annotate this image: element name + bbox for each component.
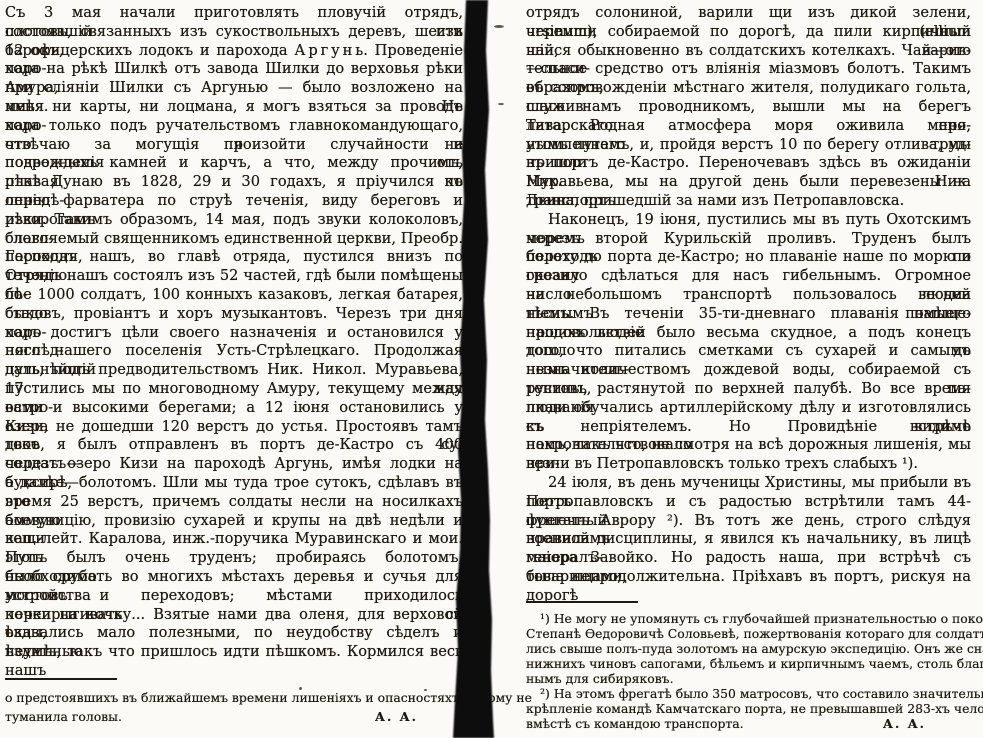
text-line: шаго намъ проводникомъ, вышли мы на бере… bbox=[526, 98, 971, 117]
ink-speck bbox=[498, 103, 504, 105]
text-line: была непродолжительна. Пріѣхавъ въ портъ… bbox=[526, 568, 971, 587]
text-line: Кизи, не дошедши 120 верстъ до устья. Пр… bbox=[5, 418, 463, 437]
right-page-body-text: отрядъ солониной, варили щи изъ дикой зе… bbox=[526, 4, 971, 587]
text-line: имѣя ни карты, ни лоцмана, я могъ взятьс… bbox=[5, 98, 463, 117]
text-line: словляемый священникомъ единственной цер… bbox=[5, 230, 463, 249]
footnote-line: о предстоявшихъ въ ближайшемъ времени ли… bbox=[5, 688, 463, 707]
text-line: ходъ достигъ цѣли своего назначенія и ос… bbox=[5, 324, 463, 343]
footnote-line: ²) На этомъ фрегатѣ было 350 матросовъ, … bbox=[526, 686, 971, 701]
text-line: ленію фарватера по струѣ теченія, виду б… bbox=[5, 192, 463, 211]
footnote-line: крѣпленіе командѣ Камчатскаго порта, не … bbox=[526, 701, 971, 716]
text-line: было срубать во многихъ мѣстахъ деревья … bbox=[5, 568, 463, 587]
text-line: Двина, пришедшій за нами изъ Петропавлов… bbox=[526, 192, 971, 211]
right-page-footnotes: ¹) Не могу не упомянуть съ глубочайшей п… bbox=[526, 611, 971, 732]
text-line: плотовъ, связанныхъ изъ сукоствольныхъ д… bbox=[5, 23, 463, 42]
text-line: путь, подъ предводительствомъ Ник. Никол… bbox=[5, 361, 463, 380]
text-line: оказались мало полезными, по неудобству … bbox=[5, 624, 463, 643]
text-line: аммуницію, провизію сухарей и крупы на д… bbox=[5, 512, 463, 531]
text-line: отвѣчаю за могущія произойти случайности… bbox=[5, 136, 463, 155]
text-line: кочки на кочку... Взятые нами два оленя,… bbox=[5, 606, 463, 625]
text-line: грозило сдѣлаться для насъ гибельнымъ. О… bbox=[526, 267, 971, 286]
ink-speck bbox=[424, 689, 427, 691]
text-line: Муравьева, мы на другой день были переве… bbox=[526, 173, 971, 192]
text-line: фрегатъ Аврору ²). Въ тотъ же день, стро… bbox=[526, 512, 971, 531]
text-line: Отрядъ нашъ состоялъ изъ 52 частей, гдѣ … bbox=[5, 267, 463, 286]
footnote-line: ¹) Не могу не упомянуть съ глубочайшей п… bbox=[526, 611, 971, 626]
text-line: везли въ Петропавловскъ только трехъ сла… bbox=[526, 455, 971, 474]
text-line: нымъ путемъ, и, пройдя верстъ 10 по бере… bbox=[526, 136, 971, 155]
text-line: мостовъ и переходовъ; мѣстами приходилос… bbox=[5, 587, 463, 606]
text-line: тельное средство отъ вліянія міазмовъ бо… bbox=[526, 60, 971, 79]
text-line: 12 офицерскихъ лодокъ и парохода А р г у… bbox=[5, 42, 463, 61]
footnote-text: вмѣстѣ съ командою транспорта. bbox=[526, 716, 744, 731]
text-line: вами и высокими берегами; а 12 іюня оста… bbox=[5, 399, 463, 418]
text-line: 24 іюля, въ день мученицы Христины, мы п… bbox=[526, 474, 971, 493]
text-line: люди обучались артиллерійскому дѣлу и из… bbox=[526, 399, 971, 418]
text-line: шійся обыкновенно въ солдатскихъ котелка… bbox=[526, 42, 971, 61]
text-line: маіора Завойко. Но радость наша, при вст… bbox=[526, 549, 971, 568]
text-line: лива. Родная атмосфера моря оживила меня… bbox=[526, 117, 971, 136]
text-line: рѣки. Такимъ образомъ, 14 мая, подъ звук… bbox=[5, 211, 463, 230]
text-line: лѣе 1000 солдатъ, 100 конныхъ казаковъ, … bbox=[5, 286, 463, 305]
footnote-line: нижнихъ чиновъ сапогами, бѣльемъ и кирпи… bbox=[526, 656, 971, 671]
text-line: подводныхъ камней и карчъ, а что, между … bbox=[5, 154, 463, 173]
ink-speck bbox=[812, 334, 815, 336]
text-line: нымъ количествомъ дождевой воды, собирае… bbox=[526, 361, 971, 380]
ink-speck bbox=[299, 687, 302, 690]
footnote-signature: А. А. bbox=[883, 716, 926, 731]
text-line: пароходъ нашъ, во главѣ отряда, пустился… bbox=[5, 248, 463, 267]
text-line: ѣздить, такъ что пришлось идти пѣшкомъ. … bbox=[5, 643, 463, 662]
left-page-footnote: о предстоявшихъ въ ближайшемъ времени ли… bbox=[5, 688, 463, 726]
text-line: Съ 3 мая начали приготовлять пловучій от… bbox=[5, 4, 463, 23]
text-line: ніемъ. Въ теченіи 35-ти-дневнаго плавані… bbox=[526, 305, 971, 324]
book-gutter-shadow bbox=[445, 0, 505, 738]
footnote-line: туманила головы.А. А. bbox=[5, 707, 463, 726]
text-line: ursinum), собираемой по дорогѣ, да пили … bbox=[526, 23, 971, 42]
text-line: а далѣе—болотомъ. Шли мы туда трое суток… bbox=[5, 474, 463, 493]
text-line: при сліяніи Шилки съ Аргунью — было возл… bbox=[5, 79, 463, 98]
text-line: военной дисциплины, я явился къ начальни… bbox=[526, 530, 971, 549]
ink-speck bbox=[494, 25, 504, 28]
footnote-line: Степанѣ Ѳедоровичѣ Соловьевѣ, пожертвова… bbox=[526, 626, 971, 641]
text-line: на небольшомъ транспортѣ пользовалось ве… bbox=[526, 286, 971, 305]
footnote-line: вмѣстѣ съ командою транспорта.А. А. bbox=[526, 716, 971, 731]
text-line: того, что питались сметками съ сухарей и… bbox=[526, 342, 971, 361]
text-line: въ сопровожденіи мѣстнаго жителя, полуди… bbox=[526, 79, 971, 98]
footnote-line: лись свыше полъ-пуда золотомъ на амурску… bbox=[526, 641, 971, 656]
text-line: намъ, такъ что, не смотря на всѣ дорожны… bbox=[526, 436, 971, 455]
text-line: хода на рѣкѣ Шилкѣ отъ завода Шилки до в… bbox=[5, 60, 463, 79]
text-line: няго нашего поселенія Усть-Стрѣлецкаго. … bbox=[5, 342, 463, 361]
text-line: токъ, я былъ отправленъ въ портъ де-Каст… bbox=[5, 436, 463, 455]
text-line: въ портъ де-Кастро. Переночевавъ здѣсь в… bbox=[526, 154, 971, 173]
left-page-body-text: Съ 3 мая начали приготовлять пловучій от… bbox=[5, 4, 463, 662]
text-line: хода только подъ ручательствомъ главноко… bbox=[5, 117, 463, 136]
text-line: нашихъ людей было весьма скудное, а подъ… bbox=[526, 324, 971, 343]
text-line: этотъ былъ очень труденъ; пробираясь бол… bbox=[5, 549, 463, 568]
text-line: время 25 верстъ, причемъ солдаты несли н… bbox=[5, 493, 463, 512]
text-line: черезъ второй Курильскій проливъ. Труден… bbox=[526, 230, 971, 249]
left-page: Съ 3 мая начали приготовлять пловучій от… bbox=[5, 4, 463, 726]
text-line: кап.-лейт. Каралова, инж.-поручика Мурав… bbox=[5, 530, 463, 549]
text-line: русины, растянутой по верхней палубѣ. Во… bbox=[526, 380, 971, 399]
footnote-line: нымъ для сибиряковъ. bbox=[526, 671, 971, 686]
text-line: рѣкѣ Дунаю въ 1828, 29 и 30 годахъ, я пр… bbox=[5, 173, 463, 192]
footnote-text: туманила головы. bbox=[5, 707, 122, 726]
text-line: Петропавловскъ и съ радостью встрѣтили т… bbox=[526, 493, 971, 512]
text-line: съ непріятелемъ. Но Провидѣніе видимо по… bbox=[526, 418, 971, 437]
text-line: Наконецъ, 19 іюня, пустились мы въ путь … bbox=[526, 211, 971, 230]
text-line: болоту до порта де-Кастро; но плаваніе н… bbox=[526, 248, 971, 267]
text-line: черезъ озеро Кизи на пароходѣ Аргунь, им… bbox=[5, 455, 463, 474]
open-book-scan: Съ 3 мая начали приготовлять пловучій от… bbox=[0, 0, 983, 738]
text-line: пустились мы по многоводному Амуру, теку… bbox=[5, 380, 463, 399]
text-line: отрядъ солониной, варили щи изъ дикой зе… bbox=[526, 4, 971, 23]
text-line: быковъ, провіантъ и хоръ музыкантовъ. Че… bbox=[5, 305, 463, 324]
footnote-signature: А. А. bbox=[375, 707, 418, 726]
right-page: отрядъ солониной, варили щи изъ дикой зе… bbox=[526, 4, 971, 731]
